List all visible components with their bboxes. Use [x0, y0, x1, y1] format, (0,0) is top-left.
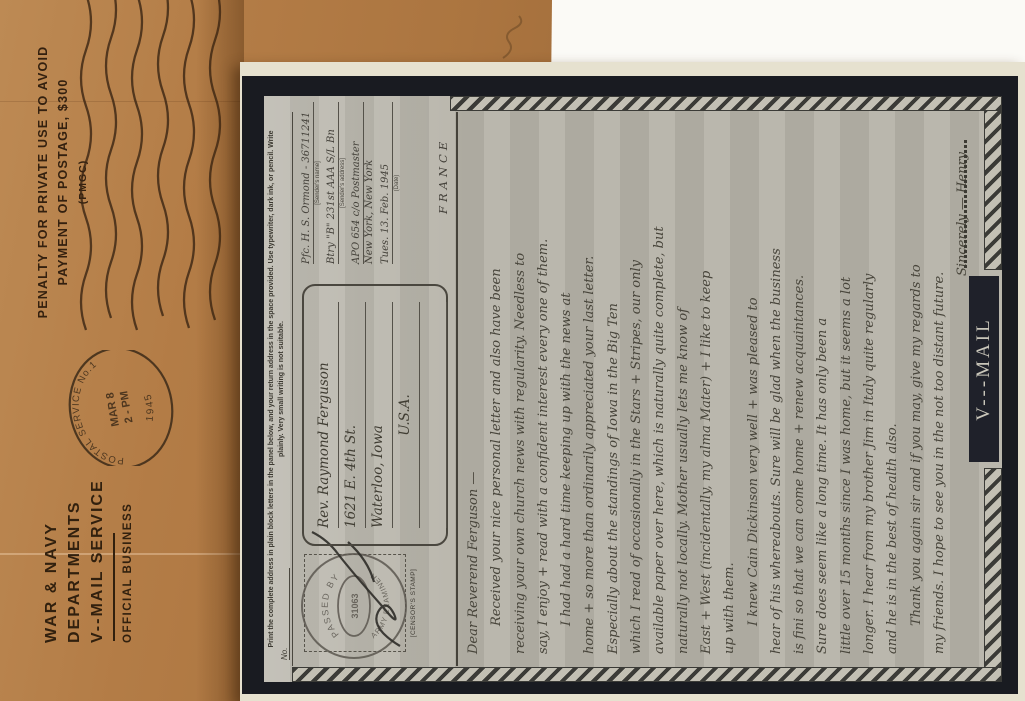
penalty-text-line: PENALTY FOR PRIVATE USE TO AVOID: [33, 36, 53, 328]
handwriting-line: longer. I hear from my brother Jim in It…: [858, 118, 881, 654]
handwriting-line: I had had a hard time keeping up with th…: [555, 118, 578, 654]
addressee-line: 1621 E. 4th St.: [339, 302, 366, 528]
sender-block: Pfc. H. S. Ormond - 36711241 [Sender's n…: [300, 102, 404, 264]
handwriting-line: Dear Reverend Ferguson —: [462, 118, 485, 654]
sender-name-caption: [Sender's name]: [314, 102, 322, 264]
handwriting-line: available paper over here, which is natu…: [648, 118, 671, 654]
handwriting-line: and he is in the best of health also.: [881, 118, 904, 654]
handwriting-line: Thank you again sir and if you may, give…: [905, 118, 928, 654]
hatch-border-bottom-left: [984, 468, 1002, 668]
addressee-line: [420, 302, 447, 528]
handwriting-line: which I read of occasionally in the Star…: [625, 118, 648, 654]
handwriting-line: up with them.: [718, 118, 741, 654]
handwriting-line: I knew Cain Dickinson very well + was pl…: [742, 118, 765, 654]
handwritten-message: Dear Reverend Ferguson —Received your ni…: [462, 118, 975, 654]
no-field: No.: [280, 568, 290, 660]
sender-location: FRANCE: [436, 138, 450, 214]
handwriting-line: say, I enjoy + read with a confident int…: [532, 118, 555, 654]
svg-text:1945: 1945: [140, 391, 159, 424]
fine-print-microtext: [964, 140, 967, 268]
no-label: No.: [280, 648, 289, 660]
imprint-rule: [113, 533, 115, 641]
official-business-label: OFFICIAL BUSINESS: [122, 455, 134, 643]
handwriting-line: East + West (incidentally, my alma Mater…: [695, 118, 718, 654]
handwriting-line: home + so more than ordinarily appreciat…: [578, 118, 601, 654]
handwriting-line: Especially about the standings of Iowa i…: [602, 118, 625, 654]
handwriting-line: little over 15 months since I was home, …: [835, 118, 858, 654]
handwriting-line: Sure does seem like a long time. It has …: [811, 118, 834, 654]
sender-address-caption: [Sender's address]: [339, 102, 347, 264]
photo-image-area: Print the complete address in plain bloc…: [264, 96, 1002, 682]
handwriting-line: receiving your own church news with regu…: [509, 118, 532, 654]
handwriting-line: hear of his whereabouts. Sure will be gl…: [765, 118, 788, 654]
sender-apo: APO 654 c/o Postmaster: [350, 102, 364, 264]
date-caption: (Date): [393, 102, 401, 264]
envelope-shadow-band: [196, 0, 244, 701]
vmail-logo: V---MAIL: [969, 276, 999, 462]
penalty-text-line: PAYMENT OF POSTAGE, $300: [53, 36, 73, 328]
addressee-line: Waterloo, Iowa: [366, 302, 393, 528]
sender-city: New York, New York: [364, 102, 376, 264]
addressee-line: U.S.A.: [393, 302, 420, 528]
department-text-line: DEPARTMENTS: [63, 455, 86, 643]
photo-dark-border: Print the complete address in plain bloc…: [242, 76, 1018, 694]
sender-unit: Btry "B" 231st AAA S/L Bn: [325, 102, 339, 264]
hatch-border-left: [292, 667, 1002, 682]
addressee-panel: Rev. Raymond Ferguson1621 E. 4th St.Wate…: [302, 284, 448, 546]
handwriting-line: my friends. I hope to see you in the not…: [928, 118, 951, 654]
vmail-form: Print the complete address in plain bloc…: [264, 96, 1002, 682]
war-navy-imprint: WAR & NAVYDEPARTMENTSV--MAIL SERVICE OFF…: [40, 455, 168, 643]
vmail-letter-photo: Print the complete address in plain bloc…: [240, 62, 1025, 701]
department-text-line: V--MAIL SERVICE: [86, 455, 109, 643]
letter-date: Tues. 13. Feb. 1945: [379, 102, 393, 264]
censor-caption: [CENSOR'S STAMP]: [410, 548, 417, 658]
header-rule: [292, 112, 293, 666]
hatch-border-right: [450, 96, 1002, 111]
sender-name: Pfc. H. S. Ormond - 36711241: [300, 102, 314, 264]
hatch-border-bottom-right: [984, 110, 1002, 270]
department-text-line: WAR & NAVY: [40, 455, 63, 643]
handwriting-line: naturally not locally. Mother usually le…: [672, 118, 695, 654]
message-divider-rule: [456, 112, 458, 666]
handwriting-line: Received your nice personal letter and a…: [485, 118, 508, 654]
addressee-line: Rev. Raymond Ferguson: [312, 302, 339, 528]
postmark-stamp: POSTAL SERVICE No.1 MAR 8 2 - PM 1945: [54, 350, 188, 466]
scanned-vmail-document: { "envelope": { "color": "#b37c46", "pen…: [0, 0, 1025, 701]
pencil-scribble: [495, 12, 529, 62]
handwriting-line: is fini so that we can come home + renew…: [788, 118, 811, 654]
